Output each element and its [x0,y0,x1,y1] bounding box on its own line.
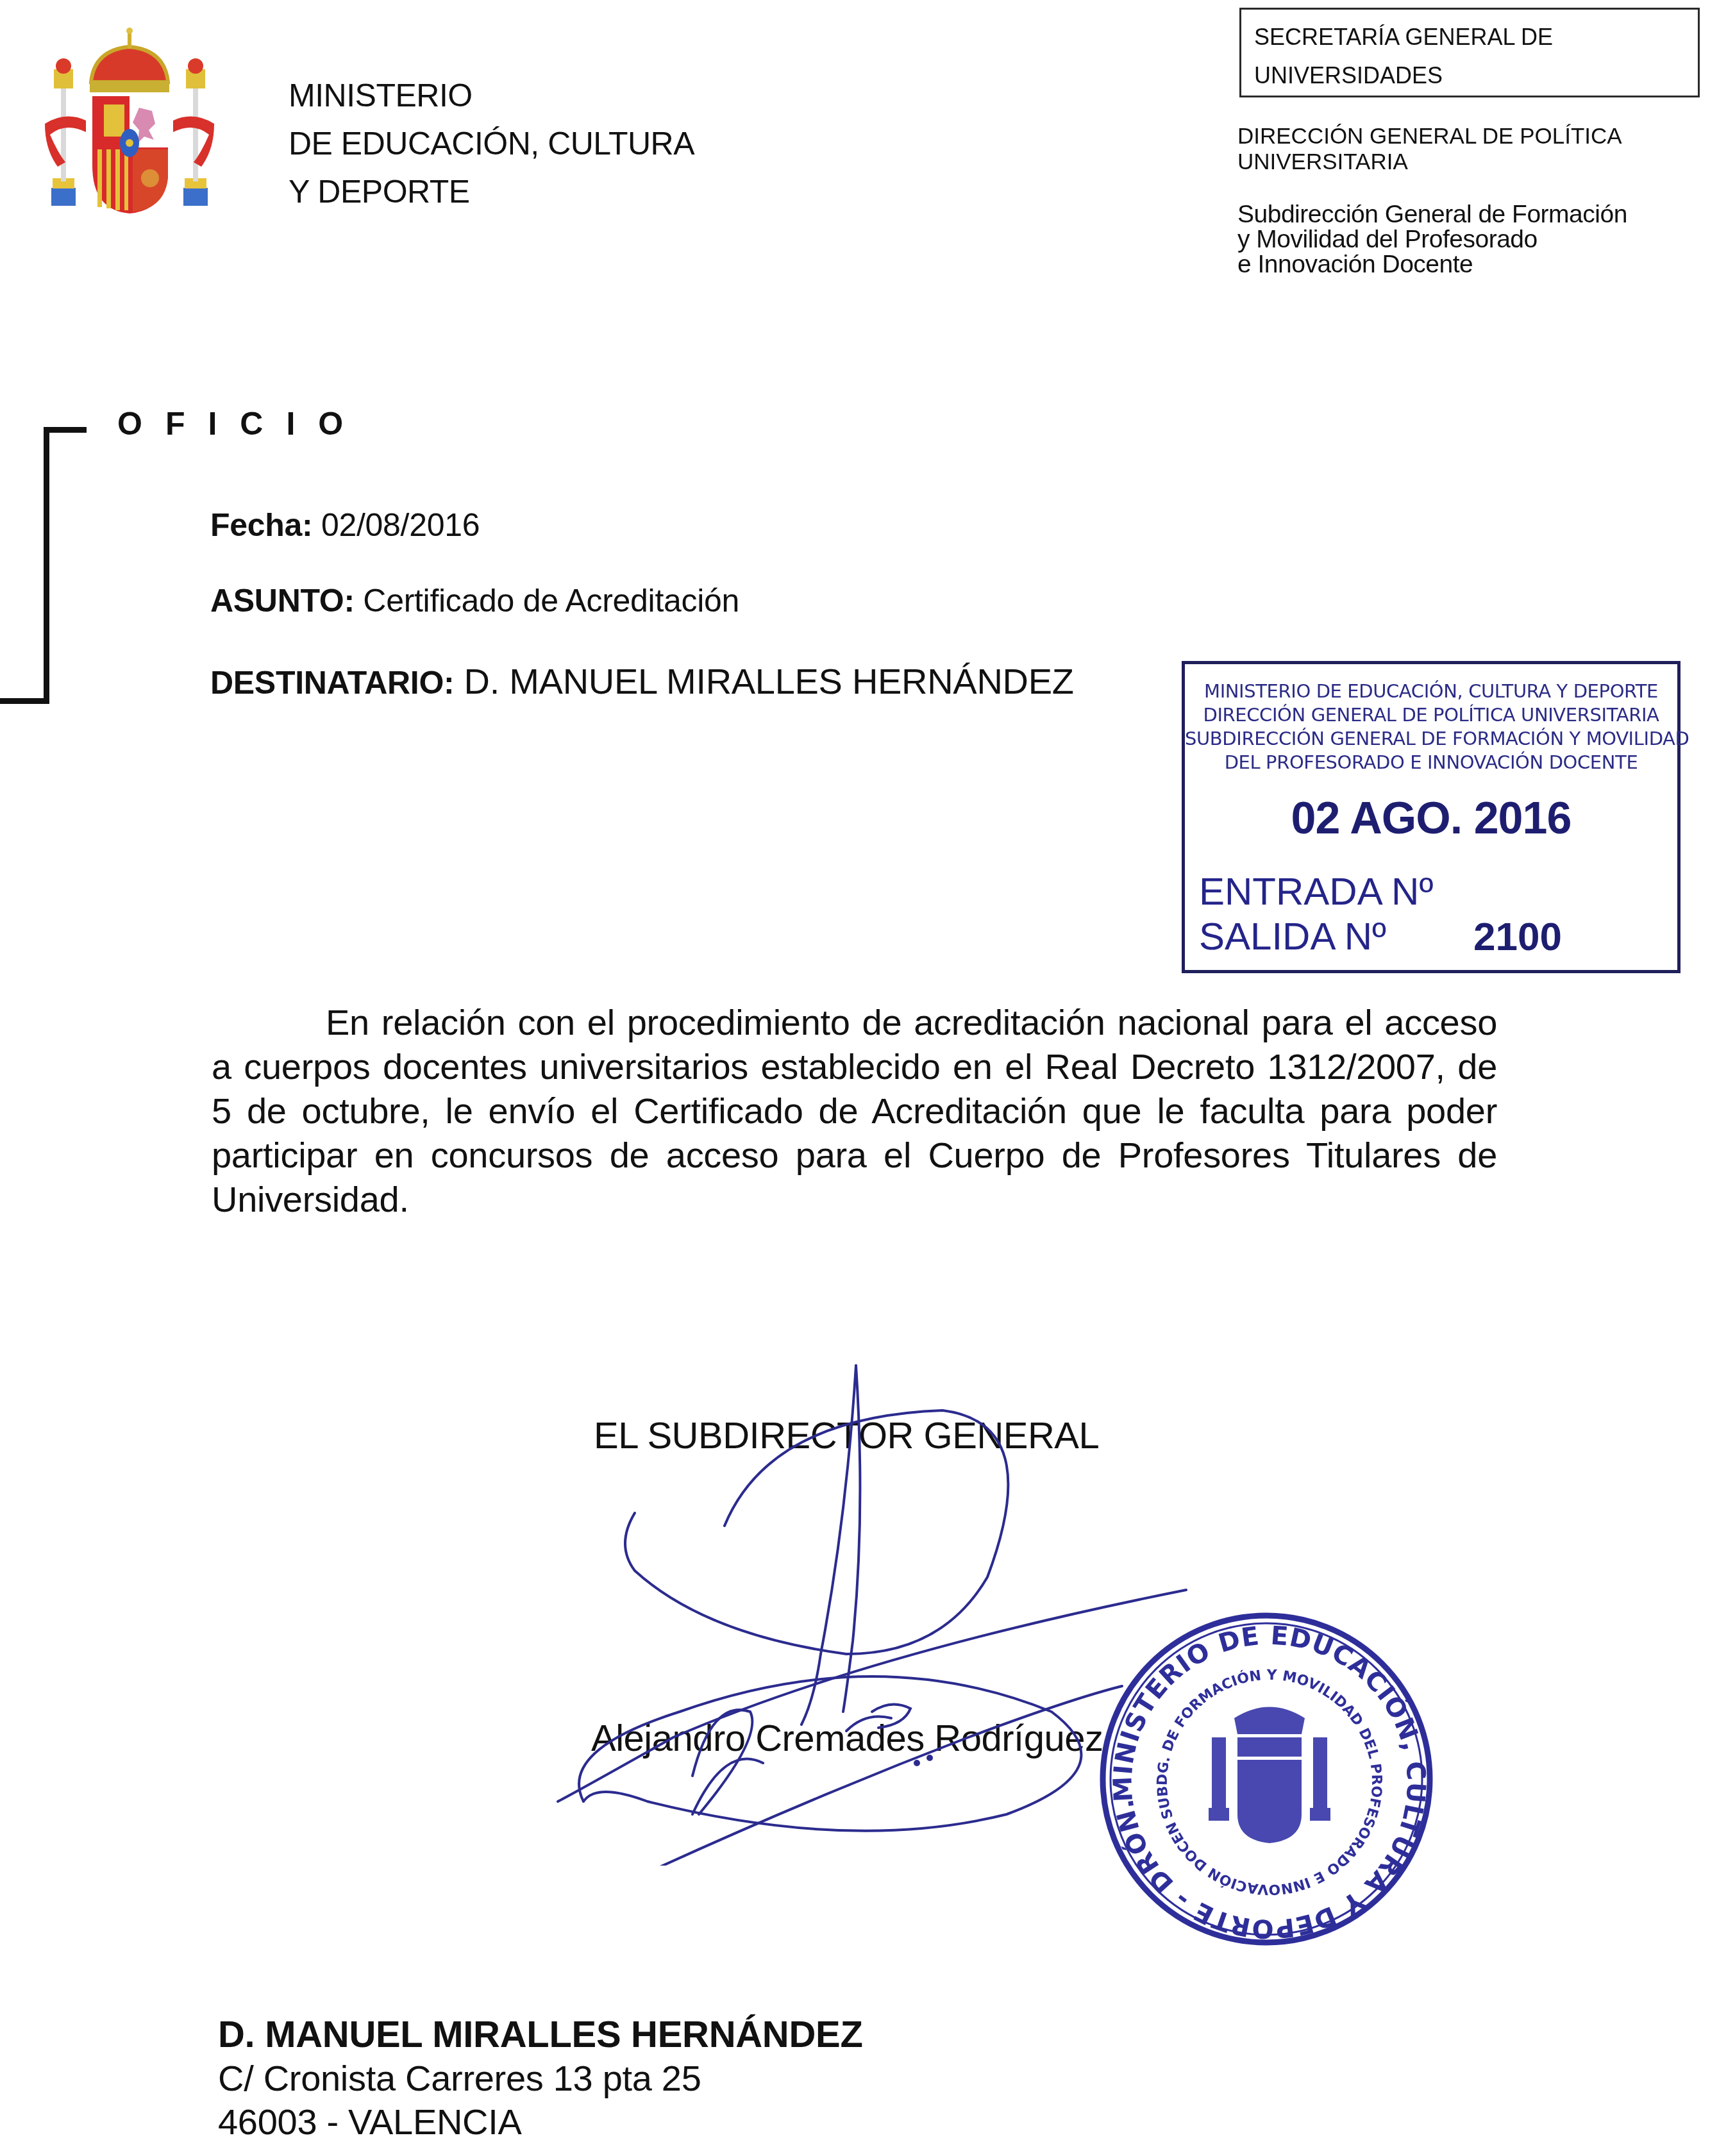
destinatario-label: DESTINATARIO: [210,665,454,701]
secretaria-line: UNIVERSIDADES [1254,62,1443,89]
direccion-line: UNIVERSITARIA [1237,149,1622,175]
fecha-value: 02/08/2016 [321,507,480,543]
bracket-divider [44,427,87,433]
subdireccion-line: y Movilidad del Profesorado [1237,227,1627,252]
subdireccion-line: e Innovación Docente [1237,252,1627,277]
direccion-general: DIRECCIÓN GENERAL DE POLÍTICA UNIVERSITA… [1237,124,1622,175]
asunto-label: ASUNTO: [210,583,355,619]
document-type-title: OFICIO [117,405,366,442]
destinatario-value: D. MANUEL MIRALLES HERNÁNDEZ [464,661,1074,701]
recipient-city: 46003 - VALENCIA [218,2100,863,2144]
body-paragraph: En relación con el procedimiento de acre… [212,1000,1497,1221]
fecha-field: Fecha: 02/08/2016 [210,506,480,544]
recipient-name: D. MANUEL MIRALLES HERNÁNDEZ [218,2013,863,2057]
stamp-header-line: MINISTERIO DE EDUCACIÓN, CULTURA Y DEPOR… [1185,680,1677,703]
fecha-label: Fecha: [210,507,312,543]
bracket-divider [44,427,49,704]
stamp-header-line: SUBDIRECCIÓN GENERAL DE FORMACIÓN Y MOVI… [1185,727,1677,751]
official-round-seal-icon: MINISTERIO DE EDUCACIÓN, CULTURA Y DEPOR… [1090,1603,1449,1962]
secretaria-line: SECRETARÍA GENERAL DE [1254,24,1553,51]
destinatario-field: DESTINATARIO: D. MANUEL MIRALLES HERNÁND… [210,660,1074,702]
recipient-address: D. MANUEL MIRALLES HERNÁNDEZ C/ Cronista… [218,2013,863,2144]
recipient-street: C/ Cronista Carreres 13 pta 25 [218,2057,863,2100]
ministry-line: DE EDUCACIÓN, CULTURA [289,120,694,168]
spain-coat-of-arms-icon [40,24,219,223]
stamp-salida-number: 2100 [1473,914,1562,960]
ministry-line: MINISTERIO [289,72,694,120]
stamp-header-line: DIRECCIÓN GENERAL DE POLÍTICA UNIVERSITA… [1185,703,1677,727]
subdireccion-general: Subdirección General de Formación y Movi… [1237,202,1627,277]
secretaria-box: SECRETARÍA GENERAL DE UNIVERSIDADES [1239,8,1700,97]
bracket-divider [0,698,49,704]
registry-stamp: MINISTERIO DE EDUCACIÓN, CULTURA Y DEPOR… [1182,661,1681,973]
stamp-salida-label: SALIDA Nº [1199,914,1386,958]
direccion-line: DIRECCIÓN GENERAL DE POLÍTICA [1237,124,1622,149]
stamp-header-line: DEL PROFESORADO E INNOVACIÓN DOCENTE [1185,751,1677,774]
subdireccion-line: Subdirección General de Formación [1237,202,1627,227]
stamp-header: MINISTERIO DE EDUCACIÓN, CULTURA Y DEPOR… [1185,680,1677,774]
asunto-value: Certificado de Acreditación [363,583,739,619]
asunto-field: ASUNTO: Certificado de Acreditación [210,582,739,619]
stamp-entrada-label: ENTRADA Nº [1199,869,1433,914]
ministry-name: MINISTERIO DE EDUCACIÓN, CULTURA Y DEPOR… [289,72,694,216]
stamp-date: 02 AGO. 2016 [1185,792,1677,844]
ministry-line: Y DEPORTE [289,168,694,216]
